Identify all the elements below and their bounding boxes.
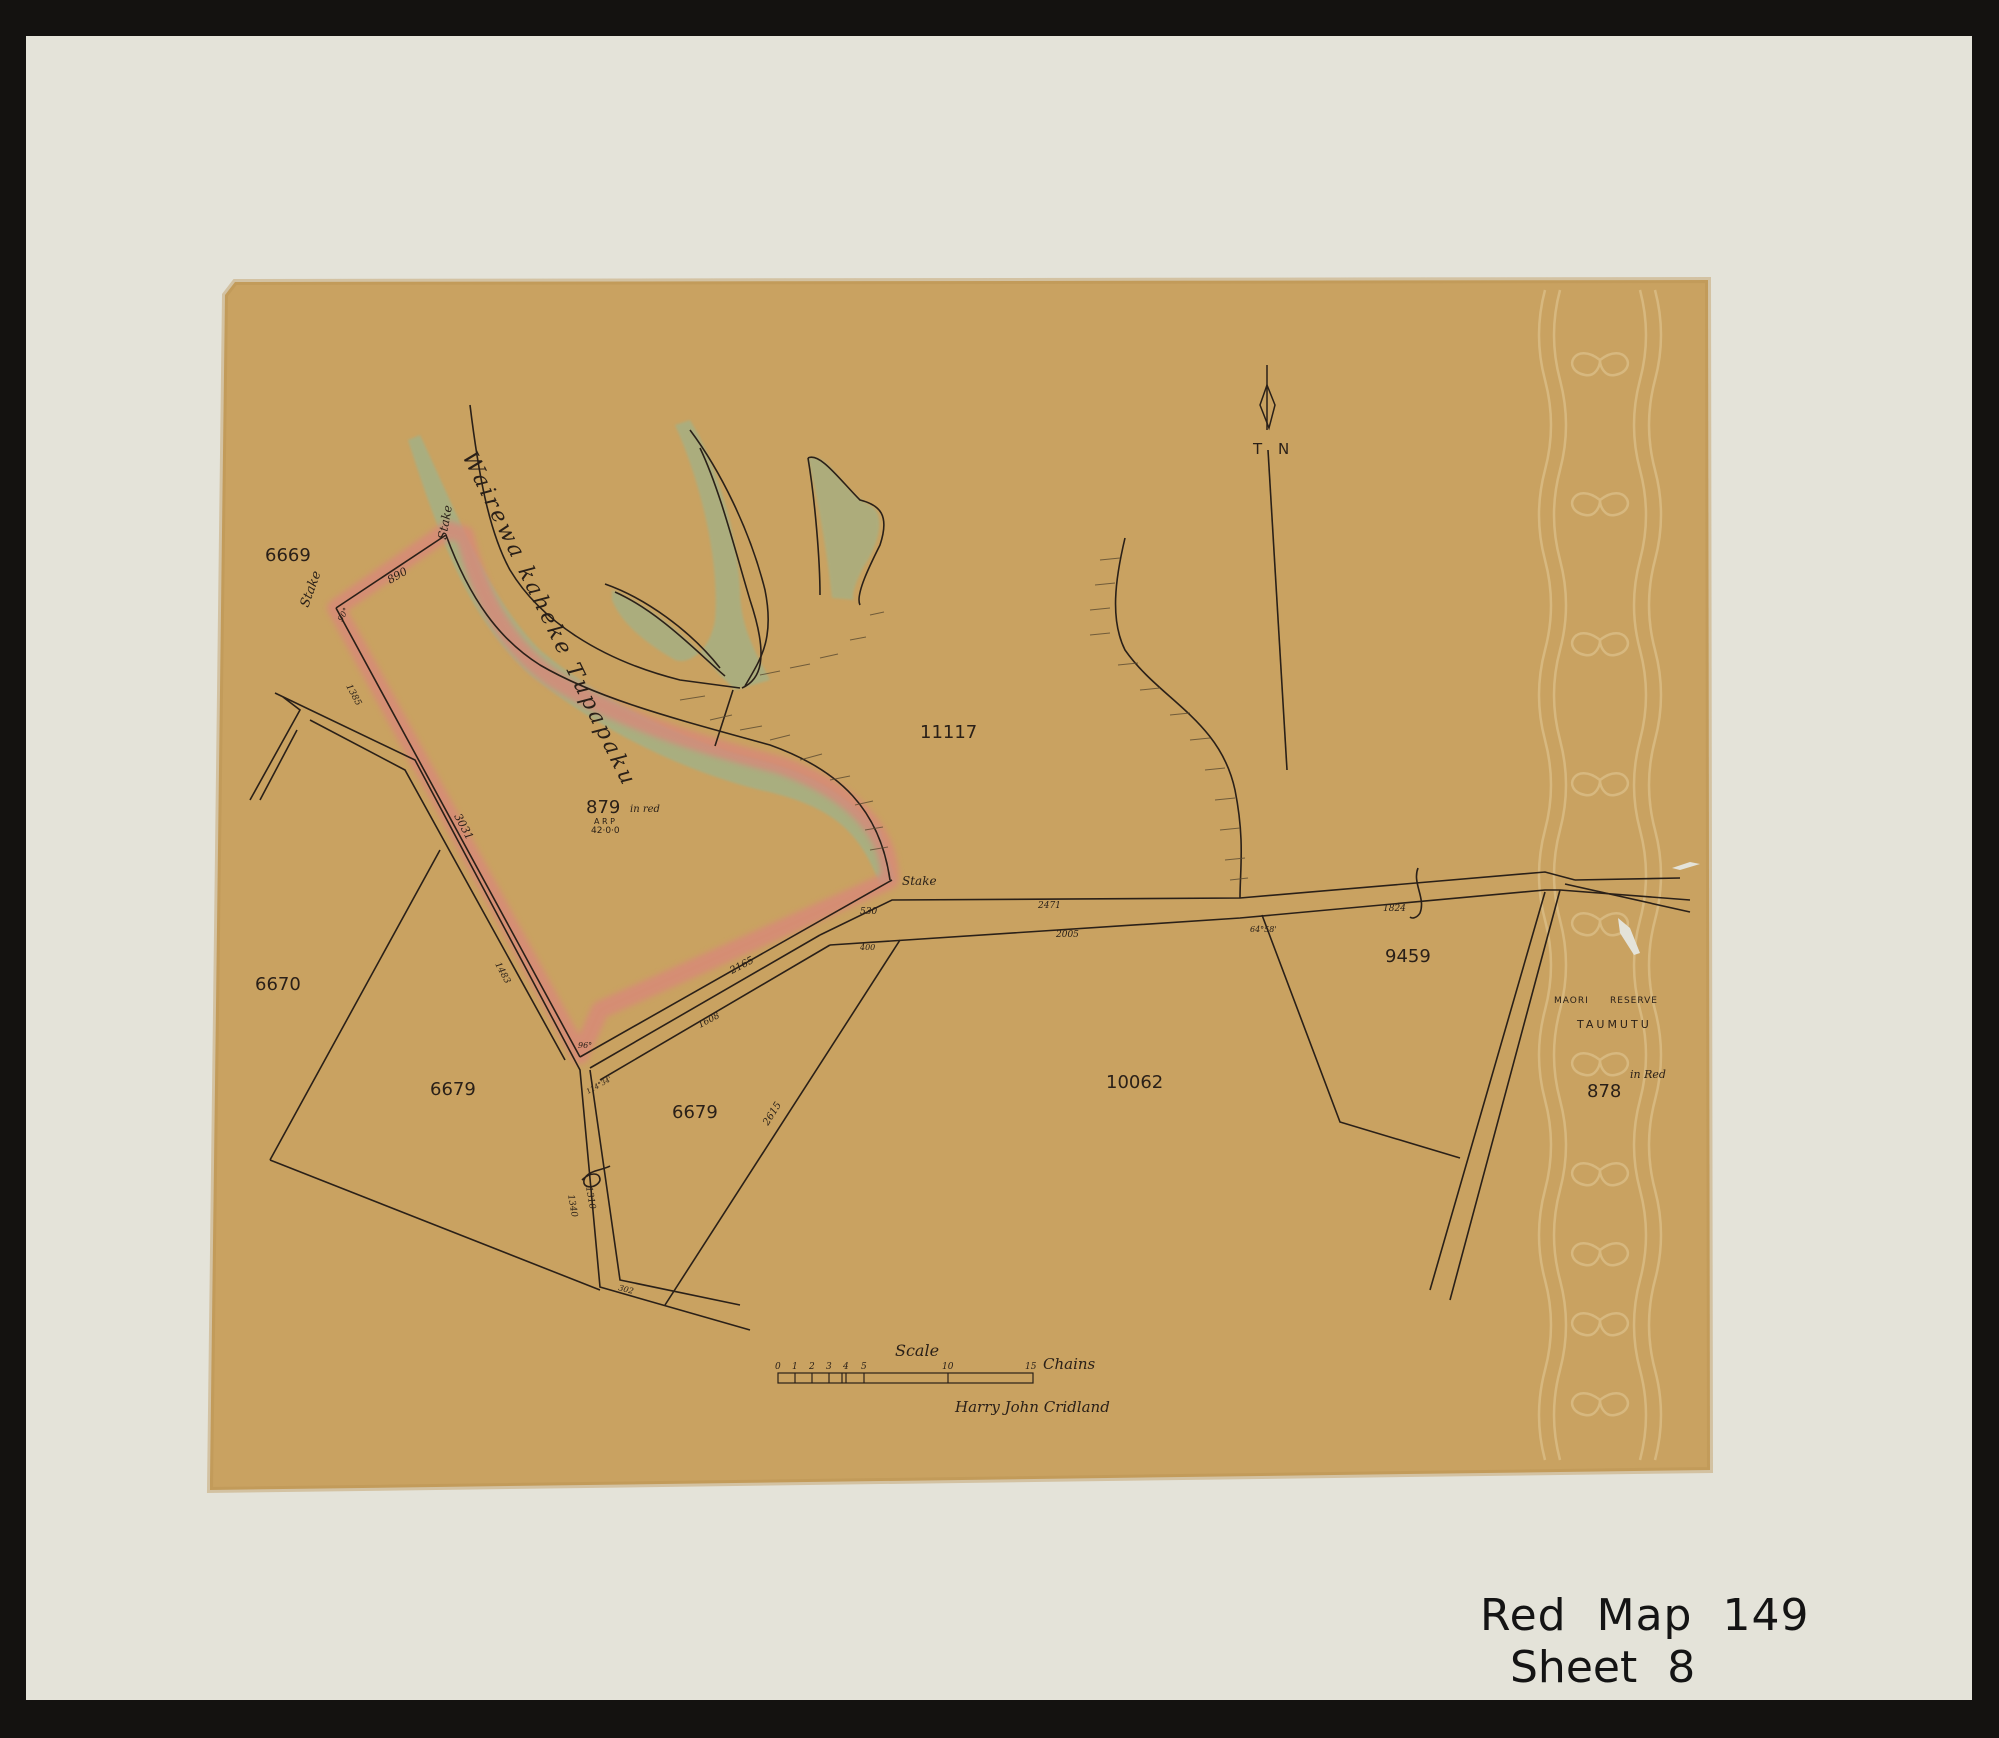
- angle-64: 64°58': [1250, 925, 1277, 934]
- scale-tick-0: 0: [775, 1362, 781, 1372]
- scale-tick-15: 15: [1025, 1362, 1037, 1372]
- archive-number: 149: [1722, 1590, 1809, 1641]
- angle-96: 96°: [578, 1041, 592, 1050]
- measure-400: 400: [859, 943, 875, 952]
- archive-sheet-word: Sheet: [1510, 1642, 1637, 1693]
- parcel-10062: 10062: [1106, 1072, 1163, 1093]
- measure-2005: 2005: [1055, 930, 1079, 940]
- parcel-879-area: 42·0·0: [591, 826, 620, 836]
- parcel-878-note: in Red: [1630, 1068, 1666, 1081]
- scale-tick-3: 3: [826, 1362, 832, 1372]
- parcel-879-note: in red: [630, 804, 660, 815]
- scale-tick-1: 1: [792, 1362, 798, 1372]
- reserve-label-reserve: RESERVE: [1610, 996, 1658, 1006]
- scale-tick-4: 4: [842, 1362, 849, 1372]
- parcel-879: 879: [586, 797, 620, 818]
- archive-series: Red: [1480, 1590, 1567, 1641]
- reserve-label-maori: MAORI: [1554, 996, 1589, 1006]
- measure-530: 530: [860, 907, 877, 917]
- measure-2471: 2471: [1037, 901, 1061, 911]
- scale-tick-2: 2: [808, 1362, 815, 1372]
- archive-sheet-number: 8: [1667, 1642, 1695, 1693]
- north-label-t: T: [1252, 440, 1263, 458]
- north-label-n: N: [1278, 440, 1289, 458]
- map-sheet: [210, 280, 1710, 1490]
- parcel-6670: 6670: [255, 974, 301, 995]
- scale-unit: Chains: [1043, 1355, 1096, 1373]
- archive-type: Map: [1597, 1590, 1693, 1641]
- survey-map: T N Wairewa kaheke Tupapaku 6669 6670 66…: [0, 0, 1999, 1738]
- stake-label-east: Stake: [902, 874, 937, 888]
- scale-tick-5: 5: [861, 1362, 867, 1372]
- parcel-9459: 9459: [1385, 946, 1431, 967]
- parcel-11117: 11117: [920, 722, 977, 743]
- parcel-878: 878: [1587, 1081, 1621, 1102]
- scale-tick-10: 10: [942, 1362, 954, 1372]
- surveyor-signature: Harry John Cridland: [954, 1398, 1110, 1416]
- scale-title: Scale: [895, 1341, 939, 1360]
- parcel-6669: 6669: [265, 545, 311, 566]
- reserve-label-taumutu: TAUMUTU: [1576, 1018, 1652, 1031]
- measure-1824: 1824: [1383, 904, 1406, 914]
- archive-label: RedMap149 Sheet8: [1480, 1590, 1860, 1694]
- parcel-6679-west: 6679: [430, 1079, 476, 1100]
- parcel-6679-east: 6679: [672, 1102, 718, 1123]
- parcel-879-area-header: A R P: [594, 817, 615, 826]
